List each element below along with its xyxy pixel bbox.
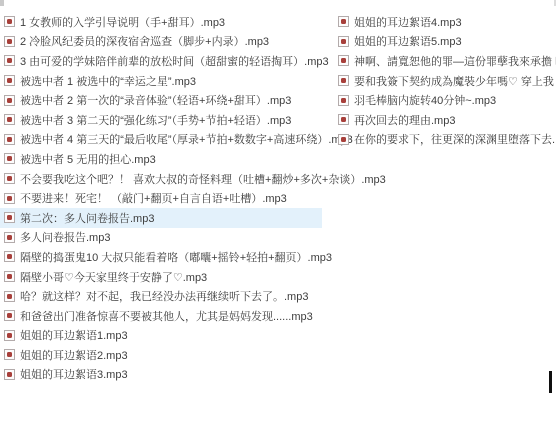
playlist-item-label: 再次回去的理由.mp3 xyxy=(354,112,455,128)
media-file-icon xyxy=(338,134,349,145)
media-file-icon-dot xyxy=(341,117,346,122)
media-file-icon xyxy=(4,310,15,321)
crop-artifact-top-left xyxy=(0,0,4,6)
playlist-item[interactable]: 第二次：多人问卷报告.mp3 xyxy=(0,208,322,228)
playlist-item[interactable]: 再次回去的理由.mp3 xyxy=(334,110,556,130)
playlist-item[interactable]: 被选中者 2 第一次的“录音体验”（轻语+环绕+甜耳）.mp3 xyxy=(0,90,322,110)
media-file-icon-dot xyxy=(7,235,12,240)
playlist-item[interactable]: 姐姐的耳边絮语2.mp3 xyxy=(0,345,322,365)
media-file-icon xyxy=(338,75,349,86)
playlist-item-label: 姐姐的耳边絮语1.mp3 xyxy=(20,327,128,343)
media-file-icon xyxy=(4,232,15,243)
media-file-icon xyxy=(4,271,15,282)
media-file-icon xyxy=(4,193,15,204)
media-file-icon-dot xyxy=(7,156,12,161)
media-file-icon xyxy=(4,291,15,302)
media-file-icon-dot xyxy=(7,294,12,299)
media-file-icon xyxy=(338,114,349,125)
media-file-icon-dot xyxy=(7,39,12,44)
media-file-icon-dot xyxy=(341,58,346,63)
media-file-icon-dot xyxy=(7,196,12,201)
media-file-icon xyxy=(4,173,15,184)
playlist-item[interactable]: 哈？就这样？对不起，我已经没办法再继续听下去了。.mp3 xyxy=(0,286,322,306)
media-file-icon xyxy=(4,36,15,47)
playlist-item[interactable]: 2 冷脸风纪委员的深夜宿舍巡查（脚步+内录）.mp3 xyxy=(0,32,322,52)
playlist-item[interactable]: 姐姐的耳边絮语3.mp3 xyxy=(0,365,322,385)
playlist-item[interactable]: 隔壁的捣蛋鬼10 大叔只能看着咯（嘟囔+摇铃+轻拍+翻页）.mp3 xyxy=(0,247,322,267)
playlist-item-label: 隔壁小哥♡今天家里终于安静了♡.mp3 xyxy=(20,269,207,285)
media-file-icon-dot xyxy=(7,372,12,377)
playlist-item-label: 被选中者 2 第一次的“录音体验”（轻语+环绕+甜耳）.mp3 xyxy=(20,92,291,108)
media-file-icon-dot xyxy=(341,98,346,103)
media-file-icon-dot xyxy=(7,333,12,338)
playlist-item[interactable]: 被选中者 5 无用的担心.mp3 xyxy=(0,149,322,169)
playlist-item-label: 姐姐的耳边絮语3.mp3 xyxy=(20,366,128,382)
media-file-icon-dot xyxy=(7,352,12,357)
media-file-icon xyxy=(338,95,349,106)
playlist-item[interactable]: 姐姐的耳边絮语4.mp3 xyxy=(334,12,556,32)
media-file-icon xyxy=(338,55,349,66)
media-file-icon xyxy=(4,16,15,27)
playlist-item-label: 不要进来！死宅！ （敲门+翻页+自言自语+吐槽）.mp3 xyxy=(20,190,287,206)
media-file-icon xyxy=(4,55,15,66)
media-file-icon xyxy=(4,134,15,145)
playlist-item[interactable]: 多人问卷报告.mp3 xyxy=(0,228,322,248)
playlist-item-label: 被选中者 4 第三天的“最后收尾”（厚录+节拍+数数字+高速环绕）.mp3 xyxy=(20,131,353,147)
playlist-window: { "window": { "background": "#ffffff" },… xyxy=(0,0,556,435)
media-file-icon-dot xyxy=(7,117,12,122)
playlist-item-label: 3 由可爱的学妹陪伴前辈的放松时间（超甜蜜的轻语掏耳）.mp3 xyxy=(20,53,329,69)
media-file-icon-dot xyxy=(341,39,346,44)
media-file-icon xyxy=(4,369,15,380)
playlist-item-label: 隔壁的捣蛋鬼10 大叔只能看着咯（嘟囔+摇铃+轻拍+翻页）.mp3 xyxy=(20,249,332,265)
media-file-icon xyxy=(4,114,15,125)
playlist-item[interactable]: 不会要我吃这个吧？！ 喜欢大叔的奇怪料理（吐槽+翻炒+多次+杂谈）.mp3 xyxy=(0,169,322,189)
media-file-icon xyxy=(338,16,349,27)
playlist-item[interactable]: 3 由可爱的学妹陪伴前辈的放松时间（超甜蜜的轻语掏耳）.mp3 xyxy=(0,51,322,71)
playlist-column-left: 1 女教师的入学引导说明（手+甜耳）.mp32 冷脸风纪委员的深夜宿舍巡查（脚步… xyxy=(0,12,322,384)
playlist-item[interactable]: 羽毛棒脑内旋转40分钟~.mp3 xyxy=(334,90,556,110)
playlist-item[interactable]: 被选中者 4 第三天的“最后收尾”（厚录+节拍+数数字+高速环绕）.mp3 xyxy=(0,130,322,150)
playlist-item[interactable]: 神啊、請寬恕他的罪—這份罪孽我來承擔 呵呵呵.mp3 xyxy=(334,51,556,71)
playlist-item-label: 和爸爸出门准备惊喜不要被其他人，尤其是妈妈发现......mp3 xyxy=(20,308,313,324)
playlist-item[interactable]: 姐姐的耳边絮语1.mp3 xyxy=(0,326,322,346)
playlist-item-label: 姐姐的耳边絮语4.mp3 xyxy=(354,14,462,30)
media-file-icon xyxy=(4,153,15,164)
playlist-item-label: 第二次：多人问卷报告.mp3 xyxy=(20,210,154,226)
playlist-item-label: 被选中者 1 被选中的“幸运之星”.mp3 xyxy=(20,73,196,89)
media-file-icon-dot xyxy=(7,98,12,103)
media-file-icon xyxy=(4,330,15,341)
media-file-icon-dot xyxy=(7,254,12,259)
media-file-icon-dot xyxy=(341,137,346,142)
playlist-item[interactable]: 在你的要求下，往更深的深渊里堕落下去......mp3 xyxy=(334,130,556,150)
playlist-item-label: 姐姐的耳边絮语2.mp3 xyxy=(20,347,128,363)
media-file-icon xyxy=(4,212,15,223)
media-file-icon-dot xyxy=(7,58,12,63)
playlist-item-label: 神啊、請寬恕他的罪—這份罪孽我來承擔 呵呵呵.mp3 xyxy=(354,53,556,69)
playlist-item-label: 羽毛棒脑内旋转40分钟~.mp3 xyxy=(354,92,496,108)
media-file-icon xyxy=(4,75,15,86)
playlist-item-label: 哈？就这样？对不起，我已经没办法再继续听下去了。.mp3 xyxy=(20,288,308,304)
playlist-item[interactable]: 被选中者 3 第二天的“强化练习”（手势+节拍+轻语）.mp3 xyxy=(0,110,322,130)
playlist-item-label: 在你的要求下，往更深的深渊里堕落下去......mp3 xyxy=(354,131,556,147)
playlist-item[interactable]: 不要进来！死宅！ （敲门+翻页+自言自语+吐槽）.mp3 xyxy=(0,188,322,208)
playlist-item[interactable]: 要和我簽下契約成為魔裝少年嗎♡ 穿上我 感受我 成為我♡.mp3 xyxy=(334,71,556,91)
media-file-icon-dot xyxy=(7,313,12,318)
media-file-icon-dot xyxy=(7,137,12,142)
playlist-item-label: 不会要我吃这个吧？！ 喜欢大叔的奇怪料理（吐槽+翻炒+多次+杂谈）.mp3 xyxy=(20,171,386,187)
media-file-icon xyxy=(4,95,15,106)
media-file-icon xyxy=(338,36,349,47)
playlist-item-label: 被选中者 3 第二天的“强化练习”（手势+节拍+轻语）.mp3 xyxy=(20,112,291,128)
playlist-item-label: 姐姐的耳边絮语5.mp3 xyxy=(354,33,462,49)
playlist-item-label: 多人问卷报告.mp3 xyxy=(20,229,110,245)
media-file-icon-dot xyxy=(7,78,12,83)
media-file-icon-dot xyxy=(7,19,12,24)
playlist-item-label: 要和我簽下契約成為魔裝少年嗎♡ 穿上我 感受我 成為我♡.mp3 xyxy=(354,73,556,89)
media-file-icon-dot xyxy=(7,274,12,279)
media-file-icon-dot xyxy=(341,19,346,24)
playlist-item[interactable]: 1 女教师的入学引导说明（手+甜耳）.mp3 xyxy=(0,12,322,32)
playlist-column-right: 姐姐的耳边絮语4.mp3姐姐的耳边絮语5.mp3神啊、請寬恕他的罪—這份罪孽我來… xyxy=(334,12,556,149)
media-file-icon xyxy=(4,349,15,360)
media-file-icon xyxy=(4,251,15,262)
media-file-icon-dot xyxy=(341,78,346,83)
playlist-item-label: 被选中者 5 无用的担心.mp3 xyxy=(20,151,156,167)
playlist-item[interactable]: 姐姐的耳边絮语5.mp3 xyxy=(334,32,556,52)
playlist-item-label: 2 冷脸风纪委员的深夜宿舍巡查（脚步+内录）.mp3 xyxy=(20,33,269,49)
playlist-item[interactable]: 和爸爸出门准备惊喜不要被其他人，尤其是妈妈发现......mp3 xyxy=(0,306,322,326)
media-file-icon-dot xyxy=(7,215,12,220)
playlist-item[interactable]: 被选中者 1 被选中的“幸运之星”.mp3 xyxy=(0,71,322,91)
playlist-item-label: 1 女教师的入学引导说明（手+甜耳）.mp3 xyxy=(20,14,225,30)
media-file-icon-dot xyxy=(7,176,12,181)
playlist-item[interactable]: 隔壁小哥♡今天家里终于安静了♡.mp3 xyxy=(0,267,322,287)
scrollbar-thumb[interactable] xyxy=(549,371,552,393)
